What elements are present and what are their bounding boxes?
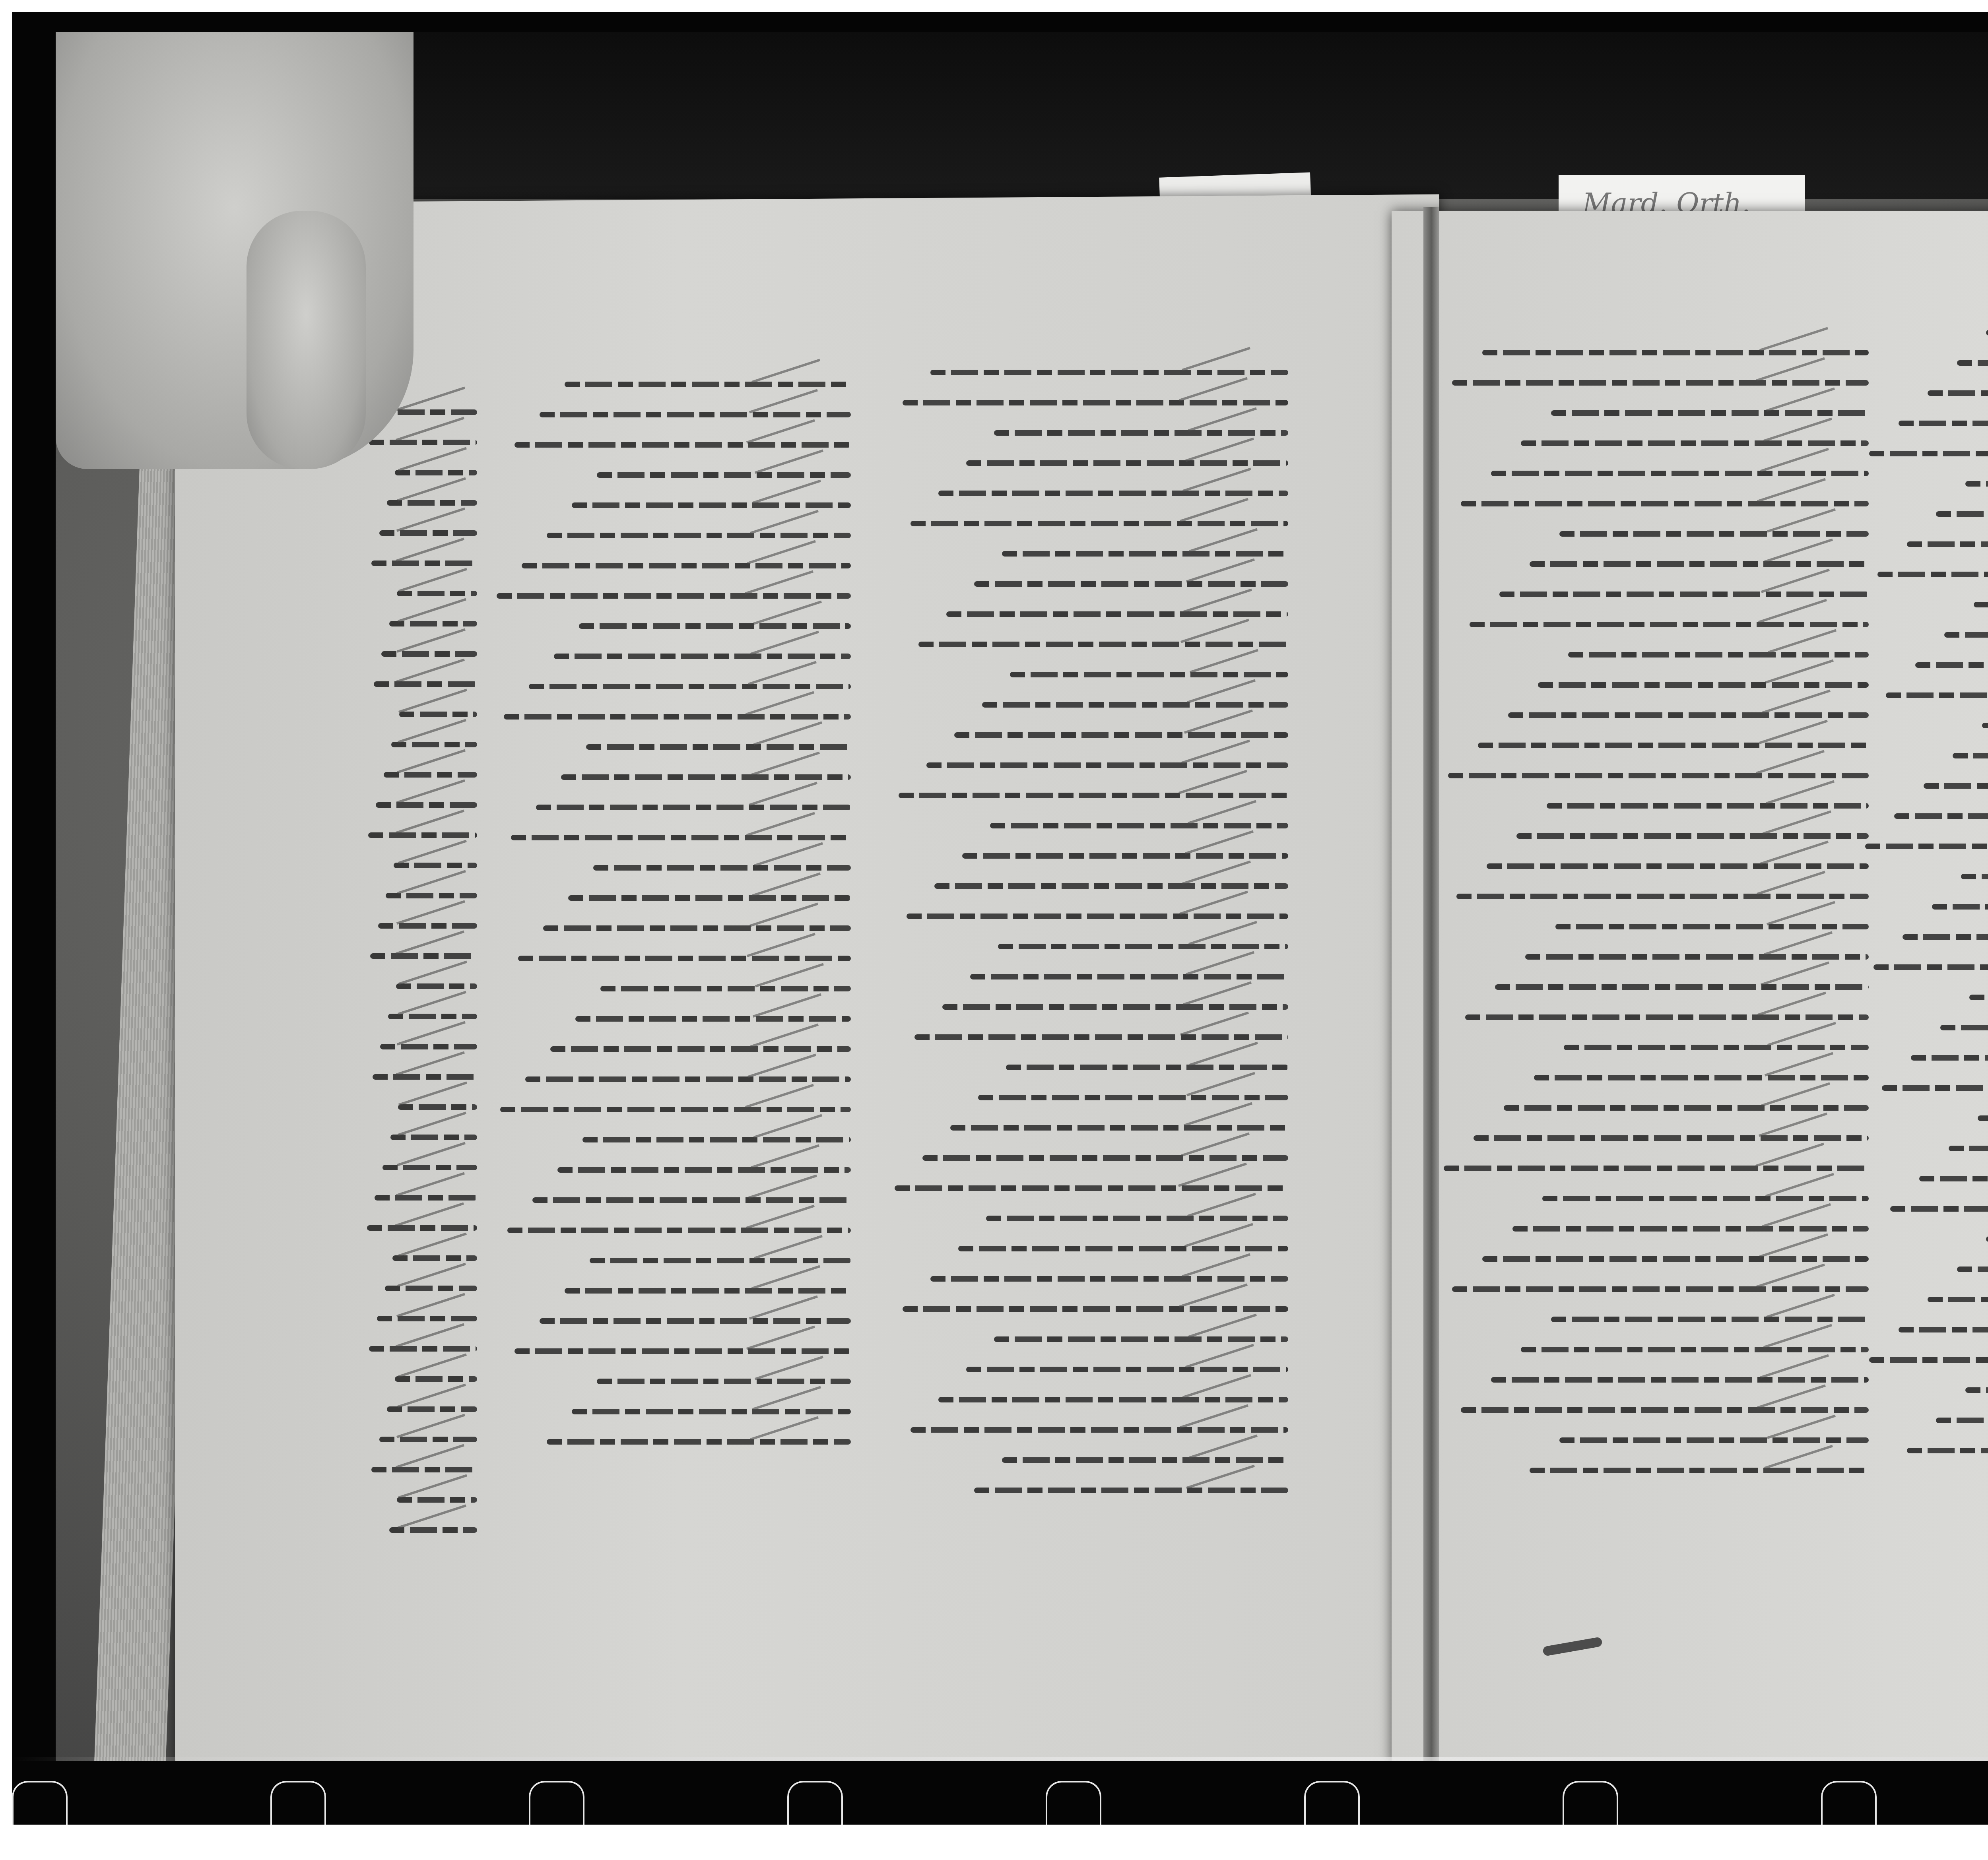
text-line xyxy=(1456,894,1869,899)
text-line xyxy=(1461,501,1869,506)
text-column-right-col-1 xyxy=(1439,350,1869,1498)
text-line xyxy=(368,832,477,838)
text-line xyxy=(1002,1457,1288,1463)
text-line xyxy=(899,793,1288,798)
text-line xyxy=(1965,481,1988,487)
text-line xyxy=(547,1439,851,1445)
text-line xyxy=(1499,592,1869,597)
left-thumb xyxy=(247,211,366,469)
sprocket-hole xyxy=(787,1781,843,1825)
text-line xyxy=(1495,984,1869,990)
text-line xyxy=(1986,330,1988,336)
text-line xyxy=(379,1437,477,1442)
text-line xyxy=(511,835,851,840)
text-line xyxy=(575,1016,851,1022)
text-line xyxy=(1491,1377,1869,1383)
text-line xyxy=(382,1165,477,1170)
text-line xyxy=(950,1125,1288,1131)
text-line xyxy=(1886,692,1988,698)
text-line xyxy=(1924,783,1988,789)
text-line xyxy=(1547,803,1869,809)
text-line xyxy=(998,944,1288,949)
text-line xyxy=(392,1255,477,1261)
text-line xyxy=(1894,813,1988,819)
text-line xyxy=(1461,1407,1869,1413)
text-line xyxy=(926,762,1288,768)
text-line xyxy=(978,1095,1288,1100)
text-line xyxy=(522,563,851,568)
text-line xyxy=(1487,863,1869,869)
text-line xyxy=(1869,451,1988,456)
text-line xyxy=(395,470,477,475)
text-line xyxy=(1516,833,1869,839)
text-line xyxy=(376,802,477,808)
text-line xyxy=(1559,1437,1869,1443)
text-line xyxy=(922,1155,1288,1161)
text-line xyxy=(938,491,1288,496)
text-line xyxy=(1474,1135,1869,1141)
text-line xyxy=(1542,1196,1869,1201)
text-line xyxy=(384,772,477,778)
text-line xyxy=(369,1346,477,1352)
manuscript-photo: Mard. Orth. 66 xyxy=(56,32,1988,1761)
text-line xyxy=(1002,551,1288,557)
text-line xyxy=(1928,390,1988,396)
text-line xyxy=(394,863,477,868)
text-line xyxy=(974,1488,1288,1493)
text-line xyxy=(911,1427,1288,1433)
text-line xyxy=(1915,662,1988,668)
text-line xyxy=(895,1185,1288,1191)
text-line xyxy=(507,1228,851,1233)
text-line xyxy=(389,1527,477,1533)
text-line xyxy=(397,591,477,596)
text-column-left-margin xyxy=(366,409,477,1557)
text-line xyxy=(525,1076,851,1082)
text-line xyxy=(1521,440,1869,446)
text-line xyxy=(1452,380,1869,386)
text-line xyxy=(974,581,1288,587)
text-line xyxy=(1932,904,1988,910)
text-line xyxy=(540,1318,851,1324)
text-line xyxy=(1899,1327,1988,1332)
text-line xyxy=(914,1034,1288,1040)
sprocket-hole xyxy=(1563,1781,1618,1825)
text-line xyxy=(1478,743,1869,748)
text-line xyxy=(1936,511,1988,517)
text-line xyxy=(930,1276,1288,1282)
text-line xyxy=(994,430,1288,436)
text-line xyxy=(387,500,477,506)
text-line xyxy=(373,1074,477,1080)
text-line xyxy=(1559,531,1869,537)
text-line xyxy=(597,472,851,478)
text-line xyxy=(514,1348,851,1354)
text-line xyxy=(1465,1014,1869,1020)
text-line xyxy=(954,732,1288,738)
text-line xyxy=(504,714,851,720)
text-line xyxy=(572,502,851,508)
text-line xyxy=(1928,1297,1988,1302)
text-line xyxy=(550,1046,851,1052)
text-line xyxy=(938,1397,1288,1402)
text-line xyxy=(962,853,1288,859)
sprocket-hole xyxy=(270,1781,326,1825)
text-line xyxy=(547,533,851,538)
text-line xyxy=(579,623,851,629)
text-line xyxy=(1010,672,1288,677)
text-line xyxy=(1564,1045,1869,1050)
text-line xyxy=(380,1044,477,1049)
text-line xyxy=(990,823,1288,828)
sprocket-holes xyxy=(12,1781,1988,1829)
text-line xyxy=(529,684,851,689)
film-edge-line xyxy=(12,1757,1988,1761)
text-line xyxy=(1882,1085,1988,1091)
text-line xyxy=(1538,682,1869,688)
text-line xyxy=(367,1225,477,1231)
text-line xyxy=(1961,874,1988,879)
text-line xyxy=(994,1336,1288,1342)
text-line xyxy=(1953,753,1988,758)
text-line xyxy=(982,702,1288,708)
text-line xyxy=(1974,602,1988,607)
text-line xyxy=(381,651,477,657)
text-line xyxy=(1525,954,1869,960)
text-line xyxy=(1978,1115,1988,1121)
text-line xyxy=(378,923,477,929)
text-line xyxy=(597,1379,851,1384)
text-line xyxy=(532,1197,851,1203)
text-line xyxy=(397,1497,477,1503)
text-line xyxy=(970,974,1288,979)
text-line xyxy=(1555,924,1869,929)
text-line xyxy=(1512,1226,1869,1232)
text-line xyxy=(396,983,477,989)
text-line xyxy=(1957,1267,1988,1272)
text-column-left-col-2 xyxy=(891,370,1288,1518)
text-line xyxy=(568,895,851,901)
text-line xyxy=(371,561,477,566)
text-line xyxy=(946,611,1288,617)
text-line xyxy=(1982,723,1988,728)
book-gutter xyxy=(1423,207,1439,1761)
text-line xyxy=(536,805,851,810)
text-line xyxy=(1944,632,1988,638)
text-line xyxy=(1482,1256,1869,1262)
text-line xyxy=(907,914,1288,919)
text-line xyxy=(1521,1347,1869,1352)
text-line xyxy=(1452,1286,1869,1292)
text-line xyxy=(590,1258,851,1263)
text-line xyxy=(1508,712,1869,718)
text-line xyxy=(1957,360,1988,366)
text-line xyxy=(582,1137,851,1142)
text-line xyxy=(389,621,477,626)
text-line xyxy=(387,1406,477,1412)
text-line xyxy=(1444,1166,1869,1171)
text-line xyxy=(1965,1387,1988,1393)
text-line xyxy=(903,400,1288,405)
text-line xyxy=(1530,561,1869,567)
sprocket-hole xyxy=(12,1781,68,1825)
text-line xyxy=(966,460,1288,466)
text-line xyxy=(1551,410,1869,416)
text-line xyxy=(390,1135,477,1140)
text-line xyxy=(565,382,851,387)
text-line xyxy=(593,865,851,871)
text-line xyxy=(934,883,1288,889)
text-line xyxy=(1504,1105,1869,1111)
text-line xyxy=(369,440,477,445)
text-line xyxy=(377,1316,477,1321)
text-line xyxy=(1534,1075,1869,1080)
text-line xyxy=(388,1014,477,1019)
text-line xyxy=(1470,622,1869,627)
text-line xyxy=(1899,421,1988,426)
text-line xyxy=(586,744,851,750)
sprocket-hole xyxy=(1821,1781,1877,1825)
text-line xyxy=(1869,1357,1988,1363)
text-line xyxy=(1006,1065,1288,1070)
text-line xyxy=(371,1467,477,1472)
text-line xyxy=(514,442,851,448)
text-line xyxy=(572,1409,851,1414)
text-line xyxy=(1986,1236,1988,1242)
sprocket-hole xyxy=(529,1781,584,1825)
text-line xyxy=(930,370,1288,375)
text-line xyxy=(1949,1146,1988,1151)
text-line xyxy=(395,1376,477,1382)
text-line xyxy=(1919,1176,1988,1181)
text-line xyxy=(379,530,477,536)
text-line xyxy=(375,1195,477,1201)
text-line xyxy=(1911,1055,1988,1061)
text-column-right-col-2 xyxy=(1861,330,1988,1478)
text-line xyxy=(1903,934,1988,940)
text-line xyxy=(1865,844,1988,849)
text-line xyxy=(903,1306,1288,1312)
text-line xyxy=(1873,964,1988,970)
text-line xyxy=(565,1288,851,1294)
text-line xyxy=(561,774,851,780)
text-line xyxy=(986,1216,1288,1221)
text-line xyxy=(1482,350,1869,355)
text-line xyxy=(399,712,477,717)
text-line xyxy=(374,681,477,687)
text-line xyxy=(1551,1317,1869,1322)
text-line xyxy=(1890,1206,1988,1212)
sprocket-hole xyxy=(1304,1781,1360,1825)
text-line xyxy=(958,1246,1288,1251)
text-line xyxy=(1448,773,1869,778)
text-line xyxy=(540,412,851,417)
text-line xyxy=(1568,652,1869,657)
text-line xyxy=(557,1167,851,1173)
text-line xyxy=(370,953,477,959)
text-line xyxy=(500,1107,851,1112)
text-line xyxy=(911,521,1288,526)
text-line xyxy=(497,593,851,599)
text-line xyxy=(554,654,851,659)
text-line xyxy=(942,1004,1288,1010)
microfilm-frame: Mard. Orth. 66 xyxy=(0,0,1988,1860)
text-line xyxy=(1877,572,1988,577)
text-line xyxy=(385,1286,477,1291)
text-line xyxy=(918,642,1288,647)
text-line xyxy=(1969,995,1988,1000)
text-line xyxy=(600,986,851,991)
text-line xyxy=(1907,1448,1988,1453)
text-column-left-col-1 xyxy=(493,382,851,1469)
text-line xyxy=(386,893,477,898)
text-line xyxy=(1491,471,1869,476)
text-line xyxy=(1530,1468,1869,1473)
text-line xyxy=(518,956,851,961)
text-line xyxy=(1940,1025,1988,1030)
text-line xyxy=(1936,1418,1988,1423)
sprocket-hole xyxy=(1046,1781,1101,1825)
text-line xyxy=(391,742,477,747)
text-line xyxy=(543,925,851,931)
text-line xyxy=(1907,541,1988,547)
text-line xyxy=(398,1104,477,1110)
text-line xyxy=(966,1367,1288,1372)
